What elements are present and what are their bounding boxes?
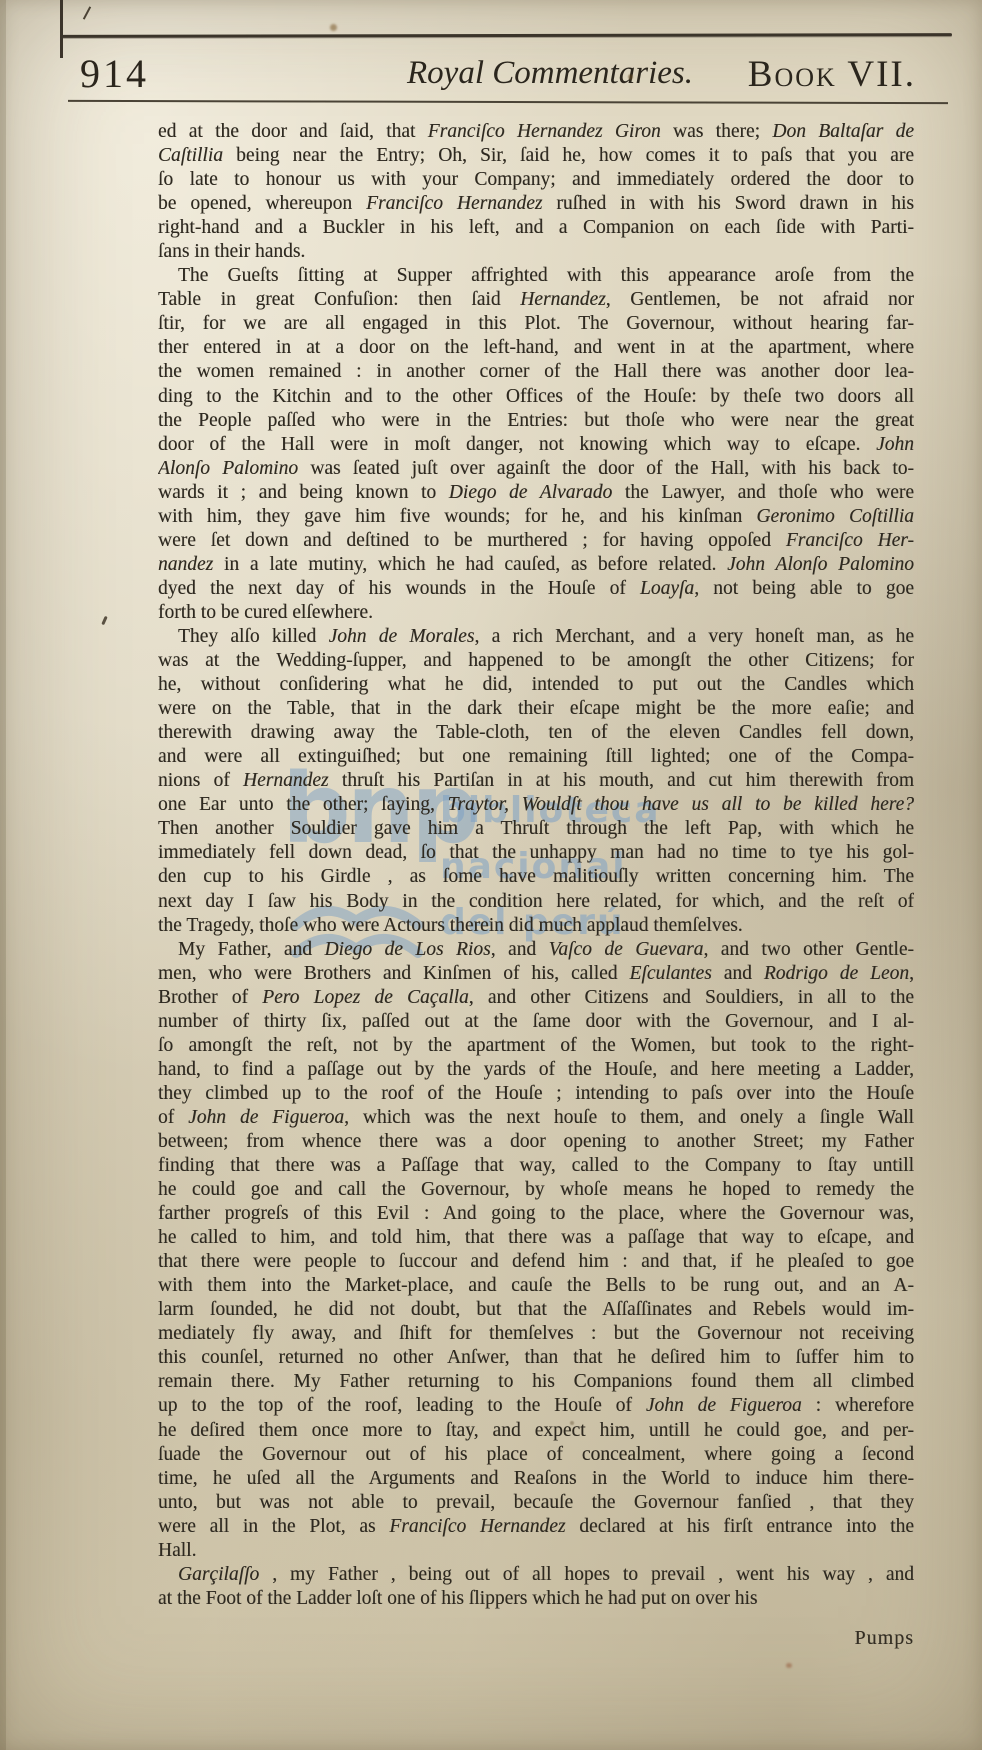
- text-line: with them into the Market-place, and cau…: [158, 1274, 914, 1298]
- text-line: one Ear unto the other; ſaying, Traytor,…: [158, 793, 914, 817]
- text-line: with him, they gave him five wounds; for…: [158, 505, 914, 529]
- text-line: therewith drawing away the Table-cloth, …: [158, 721, 914, 745]
- text-line: right-hand and a Buckler in his left, an…: [158, 216, 914, 240]
- running-title: Royal Commentaries.: [350, 55, 750, 92]
- text-line: nions of Hernandez thruſt his Partiſan i…: [158, 769, 914, 793]
- binding-edge-line: [60, 0, 63, 58]
- paragraph: The Gueſts ſitting at Supper affrighted …: [158, 264, 914, 625]
- text-line: Brother of Pero Lopez de Caçalla, and ot…: [158, 986, 914, 1010]
- text-line: at the Foot of the Ladder loſt one of hi…: [158, 1587, 914, 1611]
- text-line: unto, but was not able to prevail, becau…: [158, 1491, 914, 1515]
- text-line: nandez in a late mutiny, which he had ca…: [158, 553, 914, 577]
- text-line: Alonſo Palomino was ſeated juſt over aga…: [158, 457, 914, 481]
- text-line: be opened, whereupon Franciſco Hernandez…: [158, 192, 914, 216]
- text-line: ſo amongſt the reſt, not by the apartmen…: [158, 1034, 914, 1058]
- text-line: Hall.: [158, 1539, 914, 1563]
- text-line: They alſo killed John de Morales, a rich…: [158, 625, 914, 649]
- text-line: Table in great Confuſion: then ſaid Hern…: [158, 288, 914, 312]
- text-line: that there were people to ſuccour and de…: [158, 1250, 914, 1274]
- text-line: larm ſounded, he did not doubt, but that…: [158, 1298, 914, 1322]
- paper-speck: [570, 1421, 574, 1425]
- text-line: Garçilaſſo , my Father , being out of al…: [158, 1563, 914, 1587]
- text-line: ſans in their hands.: [158, 240, 914, 264]
- text-line: forth to be cured elſewhere.: [158, 601, 914, 625]
- paragraph: They alſo killed John de Morales, a rich…: [158, 625, 914, 938]
- paper-speck: [786, 1663, 792, 1668]
- text-line: ſo late to honour us with your Company; …: [158, 168, 914, 192]
- text-line: was at the Wedding-ſupper, and happened …: [158, 649, 914, 673]
- text-line: men, who were Brothers and Kinſmen of hi…: [158, 962, 914, 986]
- book-label: Book VII.: [748, 53, 916, 96]
- text-line: and were all extinguiſhed; but one remai…: [158, 745, 914, 769]
- text-line: the People paſſed who were in the Entrie…: [158, 409, 914, 433]
- paper-speck: [330, 24, 337, 31]
- text-line: he, without conſidering what he did, int…: [158, 673, 914, 697]
- text-line: he could goe and call the Governour, by …: [158, 1178, 914, 1202]
- text-line: the Tragedy, thoſe who were Actours ther…: [158, 914, 914, 938]
- text-line: dyed the next day of his wounds in the H…: [158, 577, 914, 601]
- book-page: 914 Royal Commentaries. Book VII. bnp bi…: [0, 0, 982, 1750]
- header-rule: [68, 100, 948, 104]
- text-line: number of thirty ſix, paſſed out at the …: [158, 1010, 914, 1034]
- text-line: The Gueſts ſitting at Supper affrighted …: [158, 264, 914, 288]
- text-line: My Father, and Diego de Los Rios, and Va…: [158, 938, 914, 962]
- text-line: he called to him, and told him, that the…: [158, 1226, 914, 1250]
- text-line: ther entered in at a door on the left-ha…: [158, 336, 914, 360]
- text-line: were all in the Plot, as Franciſco Herna…: [158, 1515, 914, 1539]
- text-line: ding to the Kitchin and to the other Off…: [158, 385, 914, 409]
- page-number: 914: [80, 50, 149, 97]
- text-line: next day I ſaw his Body in the condition…: [158, 890, 914, 914]
- text-line: he deſired them once more to ſtay, and e…: [158, 1419, 914, 1443]
- text-line: were ſet down and deſtined to be murther…: [158, 529, 914, 553]
- text-line: this counſel, returned no other Anſwer, …: [158, 1346, 914, 1370]
- paper-speck: [628, 74, 633, 80]
- text-line: door of the Hall were in moſt danger, no…: [158, 433, 914, 457]
- paragraph: Garçilaſſo , my Father , being out of al…: [158, 1563, 914, 1611]
- text-line: finding that there was a Paſſage that wa…: [158, 1154, 914, 1178]
- text-line: the women remained : in another corner o…: [158, 360, 914, 384]
- corner-pen-mark: [83, 6, 91, 19]
- text-line: den cup to his Girdle , as ſome have mal…: [158, 865, 914, 889]
- catchword: Pumps: [158, 1627, 914, 1650]
- text-line: of John de Figueroa, which was the next …: [158, 1106, 914, 1130]
- text-line: immediately fell down dead, ſo that the …: [158, 841, 914, 865]
- text-line: between; from whence there was a door op…: [158, 1130, 914, 1154]
- text-line: up to the top of the roof, leading to th…: [158, 1394, 914, 1418]
- scan-edge: [0, 0, 6, 1750]
- text-line: ſuade the Governour out of his place of …: [158, 1443, 914, 1467]
- text-line: time, he uſed all the Arguments and Reaſ…: [158, 1467, 914, 1491]
- text-line: wards it ; and being known to Diego de A…: [158, 481, 914, 505]
- text-line: ſtir, for we are all engaged in this Plo…: [158, 312, 914, 336]
- text-line: ed at the door and ſaid, that Franciſco …: [158, 120, 914, 144]
- text-line: mediately fly away, and ſhift for themſe…: [158, 1322, 914, 1346]
- text-line: remain there. My Father returning to his…: [158, 1370, 914, 1394]
- page-body: ed at the door and ſaid, that Franciſco …: [158, 120, 914, 1611]
- text-line: hand, to find a paſſage out by the yards…: [158, 1058, 914, 1082]
- text-line: farther progreſs of this Evil : And goin…: [158, 1202, 914, 1226]
- paragraph: ed at the door and ſaid, that Franciſco …: [158, 120, 914, 264]
- text-line: they climbed up to the roof of the Houſe…: [158, 1082, 914, 1106]
- paragraph: My Father, and Diego de Los Rios, and Va…: [158, 938, 914, 1563]
- text-line: Caſtillia being near the Entry; Oh, Sir,…: [158, 144, 914, 168]
- text-line: Then another Souldier gave him a Thruſt …: [158, 817, 914, 841]
- top-rule: [62, 33, 952, 38]
- margin-mark: [101, 616, 107, 625]
- text-line: were on the Table, that in the dark thei…: [158, 697, 914, 721]
